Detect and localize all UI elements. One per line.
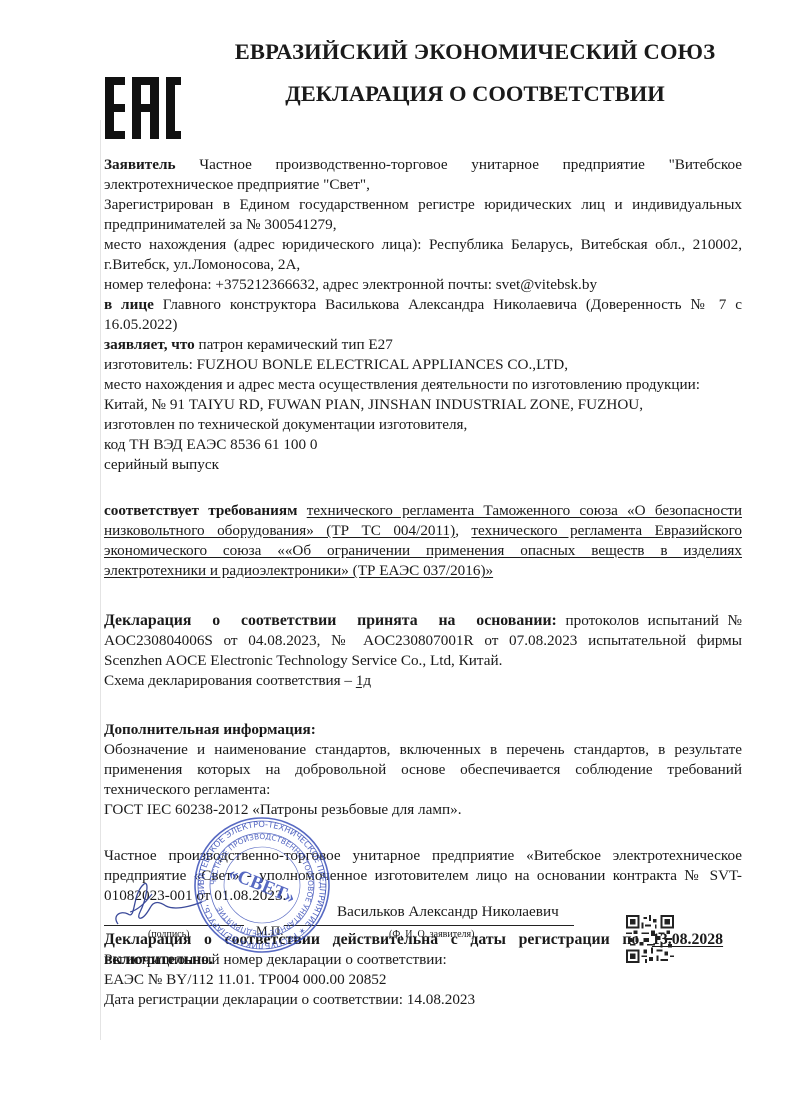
scan-margin-line (100, 120, 101, 1040)
person-text: Главного конструктора Василькова Алексан… (104, 296, 742, 333)
registration-date: 14.08.2023 (407, 991, 475, 1008)
applicant-name-cont: электротехническое предприятие "Свет", (104, 175, 742, 195)
technical-docs: изготовлен по технической документации и… (104, 415, 742, 435)
product-name: патрон керамический тип E27 (199, 336, 393, 353)
applicant-contacts: номер телефона: +375212366632, адрес эле… (104, 275, 742, 295)
declares-label: заявляет, что (104, 336, 195, 353)
registration-number-label: Регистрационный номер декларации о соотв… (104, 950, 744, 970)
compliance-label: соответствует требованиям (104, 502, 298, 519)
applicant-registration: Зарегистрирован в Едином государственном… (104, 195, 742, 235)
declares-line: заявляет, что патрон керамический тип E2… (104, 335, 742, 355)
manufacturer-address: Китай, № 91 TAIYU RD, FUWAN PIAN, JINSHA… (104, 395, 742, 415)
svg-text:«СВЕТ»: «СВЕТ» (225, 863, 298, 909)
signatory-name: Васильков Александр Николаевич (337, 903, 559, 921)
registration-date-label: Дата регистрации декларации о соответств… (104, 991, 407, 1008)
eac-logo-icon (105, 77, 181, 139)
union-title: ЕВРАЗИЙСКИЙ ЭКОНОМИЧЕСКИЙ СОЮЗ (190, 38, 760, 66)
applicant-address: место нахождения (адрес юридического лиц… (104, 235, 742, 275)
person-label: в лице (104, 296, 154, 313)
signature-label: (подпись) (148, 929, 190, 940)
manufacturer: изготовитель: FUZHOU BONLE ELECTRICAL AP… (104, 355, 742, 375)
batch-type: серийный выпуск (104, 455, 742, 475)
document-header: ЕВРАЗИЙСКИЙ ЭКОНОМИЧЕСКИЙ СОЮЗ ДЕКЛАРАЦИ… (190, 38, 760, 108)
manufacturer-address-label: место нахождения и адрес места осуществл… (104, 375, 742, 395)
compliance-paragraph: соответствует требованиям технического р… (104, 501, 742, 581)
separator: , (455, 522, 471, 539)
hs-code: код ТН ВЭД ЕАЭС 8536 61 100 0 (104, 435, 742, 455)
additional-info-text: Обозначение и наименование стандартов, в… (104, 740, 742, 800)
applicant-label: Заявитель (104, 156, 176, 173)
additional-info-label: Дополнительная информация: (104, 720, 742, 740)
name-label: (Ф. И. О. заявителя) (389, 929, 474, 940)
registration-block: Регистрационный номер декларации о соотв… (104, 950, 744, 1010)
basis-paragraph: Декларация о соответствии принята на осн… (104, 611, 742, 671)
applicant-name: Частное производственно-торговое унитарн… (199, 156, 742, 173)
company-stamp-icon: ВИТЕБСКОЕ ЭЛЕКТРО-ТЕХНИЧЕСКОЕ ПРЕДПРИЯТИ… (192, 815, 332, 955)
document-title: ДЕКЛАРАЦИЯ О СООТВЕТСТВИИ (190, 80, 760, 108)
applicant-person: в лице Главного конструктора Василькова … (104, 295, 742, 335)
scheme-line: Схема декларирования соответствия – 1д (104, 671, 742, 691)
scheme-label: Схема декларирования соответствия – (104, 672, 356, 689)
applicant-line: Заявитель Частное производственно-торгов… (104, 155, 742, 175)
registration-number: ЕАЭС № BY/112 11.01. ТР004 000.00 20852 (104, 970, 744, 990)
registration-date-line: Дата регистрации декларации о соответств… (104, 990, 744, 1010)
scheme-value: 1д (356, 672, 371, 689)
basis-label: Декларация о соответствии принята на осн… (104, 612, 557, 629)
